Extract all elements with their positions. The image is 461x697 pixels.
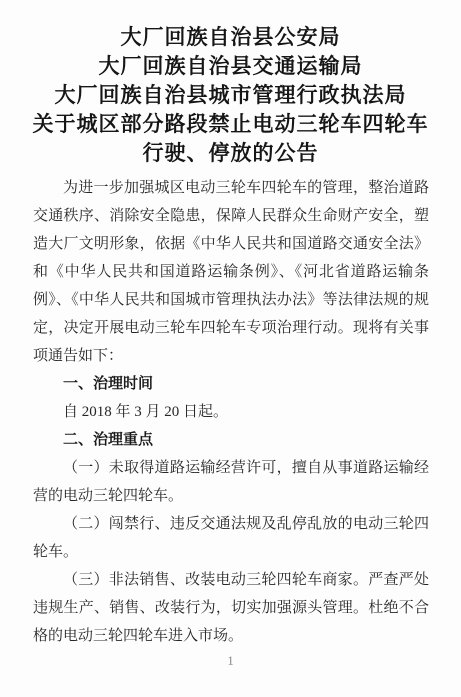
paragraph-focus-item-3: （三）非法销售、改装电动三轮四轮车商家。严查严处违规生产、销售、改装行为，切实加… [33,566,429,650]
title-line-agency-transport: 大厂回族自治县交通运输局 [0,52,461,81]
title-line-subject-continued: 行驶、停放的公告 [0,139,461,168]
document-body: 为进一步加强城区电动三轮车四轮车的管理，整治道路交通秩序、消除安全隐患，保障人民… [33,174,429,650]
page-number: 1 [0,653,461,669]
heading-treatment-time: 一、治理时间 [33,370,429,398]
title-line-subject: 关于城区部分路段禁止电动三轮车四轮车 [0,110,461,139]
document-title: 大厂回族自治县公安局 大厂回族自治县交通运输局 大厂回族自治县城市管理行政执法局… [0,23,461,168]
heading-treatment-focus: 二、治理重点 [33,426,429,454]
notice-document-page: 大厂回族自治县公安局 大厂回族自治县交通运输局 大厂回族自治县城市管理行政执法局… [0,0,461,697]
title-line-agency-urban-management: 大厂回族自治县城市管理行政执法局 [0,81,461,110]
paragraph-start-date: 自 2018 年 3 月 20 日起。 [33,398,429,426]
paragraph-intro: 为进一步加强城区电动三轮车四轮车的管理，整治道路交通秩序、消除安全隐患，保障人民… [33,174,429,370]
paragraph-focus-item-1: （一）未取得道路运输经营许可，擅自从事道路运输经营的电动三轮四轮车。 [33,454,429,510]
title-line-agency-public-security: 大厂回族自治县公安局 [0,23,461,52]
paragraph-focus-item-2: （二）闯禁行、违反交通法规及乱停乱放的电动三轮四轮车。 [33,510,429,566]
